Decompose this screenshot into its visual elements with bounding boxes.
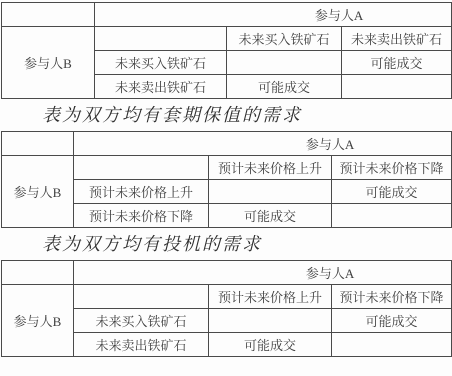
a-option-buy: 未来买入铁矿石 <box>227 27 342 51</box>
empty-cell <box>342 75 452 99</box>
table-row: 参与人B 预计未来价格上升 预计未来价格下降 <box>2 156 452 180</box>
participant-a-header: 参与人A <box>95 3 452 27</box>
table-row: 参与人B 未来买入铁矿石 未来卖出铁矿石 <box>2 27 452 51</box>
empty-cell <box>209 180 332 204</box>
match-cell: 可能成交 <box>342 51 452 75</box>
caption-hedging: 表为双方均有套期保值的需求 <box>42 104 452 126</box>
table-row: 参与人B 预计未来价格上升 预计未来价格下降 <box>2 285 452 309</box>
speculation-table: 参与人A 参与人B 预计未来价格上升 预计未来价格下降 预计未来价格上升 可能成… <box>1 131 452 228</box>
b-option-buy: 未来买入铁矿石 <box>95 51 227 75</box>
match-cell: 可能成交 <box>209 333 332 357</box>
a-option-price-up: 预计未来价格上升 <box>209 285 332 309</box>
participant-b-header: 参与人B <box>2 285 74 357</box>
a-option-sell: 未来卖出铁矿石 <box>342 27 452 51</box>
corner-cell <box>2 261 74 285</box>
empty-cell <box>227 51 342 75</box>
participant-b-header: 参与人B <box>2 27 95 99</box>
empty-cell <box>95 27 227 51</box>
match-cell: 可能成交 <box>332 180 452 204</box>
a-option-price-down: 预计未来价格下降 <box>332 285 452 309</box>
match-cell: 可能成交 <box>332 309 452 333</box>
a-option-price-up: 预计未来价格上升 <box>209 156 332 180</box>
participant-a-header: 参与人A <box>74 132 452 156</box>
b-option-price-up: 预计未来价格上升 <box>74 180 209 204</box>
participant-b-header: 参与人B <box>2 156 74 228</box>
empty-cell <box>74 156 209 180</box>
empty-cell <box>209 309 332 333</box>
scanned-page: 参与人A 参与人B 未来买入铁矿石 未来卖出铁矿石 未来买入铁矿石 可能成交 未… <box>0 0 452 376</box>
hedging-table: 参与人A 参与人B 未来买入铁矿石 未来卖出铁矿石 未来买入铁矿石 可能成交 未… <box>1 2 452 99</box>
b-option-price-down: 预计未来价格下降 <box>74 204 209 228</box>
b-option-buy: 未来买入铁矿石 <box>74 309 209 333</box>
b-option-sell: 未来卖出铁矿石 <box>74 333 209 357</box>
caption-speculation: 表为双方均有投机的需求 <box>42 233 452 255</box>
mixed-table: 参与人A 参与人B 预计未来价格上升 预计未来价格下降 未来买入铁矿石 可能成交… <box>1 260 452 357</box>
match-cell: 可能成交 <box>209 204 332 228</box>
table-row: 参与人A <box>2 3 452 27</box>
table-row: 参与人A <box>2 261 452 285</box>
a-option-price-down: 预计未来价格下降 <box>332 156 452 180</box>
table-row: 参与人A <box>2 132 452 156</box>
corner-cell <box>2 3 95 27</box>
empty-cell <box>74 285 209 309</box>
corner-cell <box>2 132 74 156</box>
empty-cell <box>332 333 452 357</box>
match-cell: 可能成交 <box>227 75 342 99</box>
b-option-sell: 未来卖出铁矿石 <box>95 75 227 99</box>
participant-a-header: 参与人A <box>74 261 452 285</box>
empty-cell <box>332 204 452 228</box>
